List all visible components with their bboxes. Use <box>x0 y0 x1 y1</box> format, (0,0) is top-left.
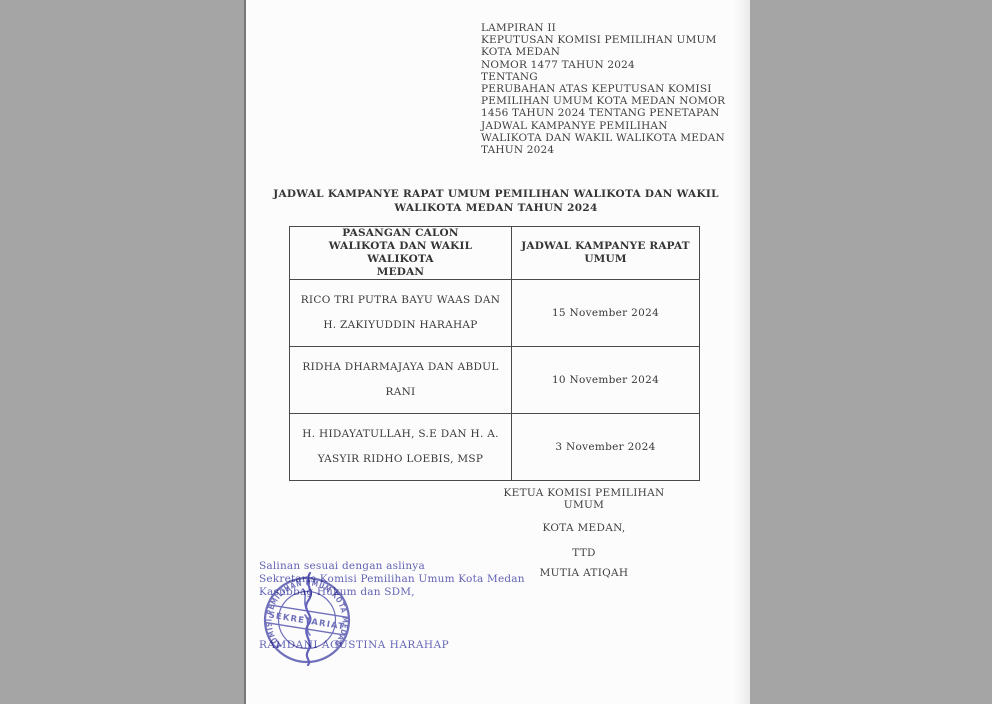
table-row: H. HIDAYATULLAH, S.E DAN H. A. YASYIR RI… <box>290 414 700 481</box>
official-seal-stamp: KOMISI PEMILIHAN UMUM KOTA MEDAN SEKRETA… <box>258 571 356 669</box>
document-title-line1: JADWAL KAMPANYE RAPAT UMUM PEMILIHAN WAL… <box>246 188 746 202</box>
candidate-pair-cell: RIDHA DHARMAJAYA DAN ABDUL RANI <box>290 347 512 414</box>
candidate-pair-cell: H. HIDAYATULLAH, S.E DAN H. A. YASYIR RI… <box>290 414 512 481</box>
header-line: PERUBAHAN ATAS KEPUTUSAN KOMISI <box>481 83 725 95</box>
campaign-schedule-table: PASANGAN CALON WALIKOTA DAN WAKIL WALIKO… <box>289 226 700 481</box>
lampiran-header: LAMPIRAN II KEPUTUSAN KOMISI PEMILIHAN U… <box>481 22 725 156</box>
document-title: JADWAL KAMPANYE RAPAT UMUM PEMILIHAN WAL… <box>246 188 746 215</box>
header-line: TAHUN 2024 <box>481 144 725 156</box>
table-row: RIDHA DHARMAJAYA DAN ABDUL RANI 10 Novem… <box>290 347 700 414</box>
column-header-jadwal: JADWAL KAMPANYE RAPAT UMUM <box>512 227 700 280</box>
campaign-date-cell: 3 November 2024 <box>512 414 700 481</box>
header-line: TENTANG <box>481 71 725 83</box>
document-page: LAMPIRAN II KEPUTUSAN KOMISI PEMILIHAN U… <box>244 0 750 704</box>
candidate-pair-cell: RICO TRI PUTRA BAYU WAAS DAN H. ZAKIYUDD… <box>290 280 512 347</box>
header-line: PEMILIHAN UMUM KOTA MEDAN NOMOR <box>481 95 725 107</box>
header-line: WALIKOTA DAN WAKIL WALIKOTA MEDAN <box>481 132 725 144</box>
table-row: RICO TRI PUTRA BAYU WAAS DAN H. ZAKIYUDD… <box>290 280 700 347</box>
header-line: KOTA MEDAN <box>481 46 725 58</box>
document-title-line2: WALIKOTA MEDAN TAHUN 2024 <box>246 202 746 216</box>
header-line: LAMPIRAN II <box>481 22 725 34</box>
header-line: NOMOR 1477 TAHUN 2024 <box>481 59 725 71</box>
column-header-pasangan-calon: PASANGAN CALON WALIKOTA DAN WAKIL WALIKO… <box>290 227 512 280</box>
table-header-row: PASANGAN CALON WALIKOTA DAN WAKIL WALIKO… <box>290 227 700 280</box>
header-line: KEPUTUSAN KOMISI PEMILIHAN UMUM <box>481 34 725 46</box>
campaign-date-cell: 10 November 2024 <box>512 347 700 414</box>
signature-ttd: TTD <box>484 547 684 559</box>
campaign-date-cell: 15 November 2024 <box>512 280 700 347</box>
header-line: JADWAL KAMPANYE PEMILIHAN <box>481 120 725 132</box>
signature-title-line1: KETUA KOMISI PEMILIHAN UMUM <box>484 487 684 511</box>
signature-title-line2: KOTA MEDAN, <box>484 522 684 534</box>
header-line: 1456 TAHUN 2024 TENTANG PENETAPAN <box>481 107 725 119</box>
